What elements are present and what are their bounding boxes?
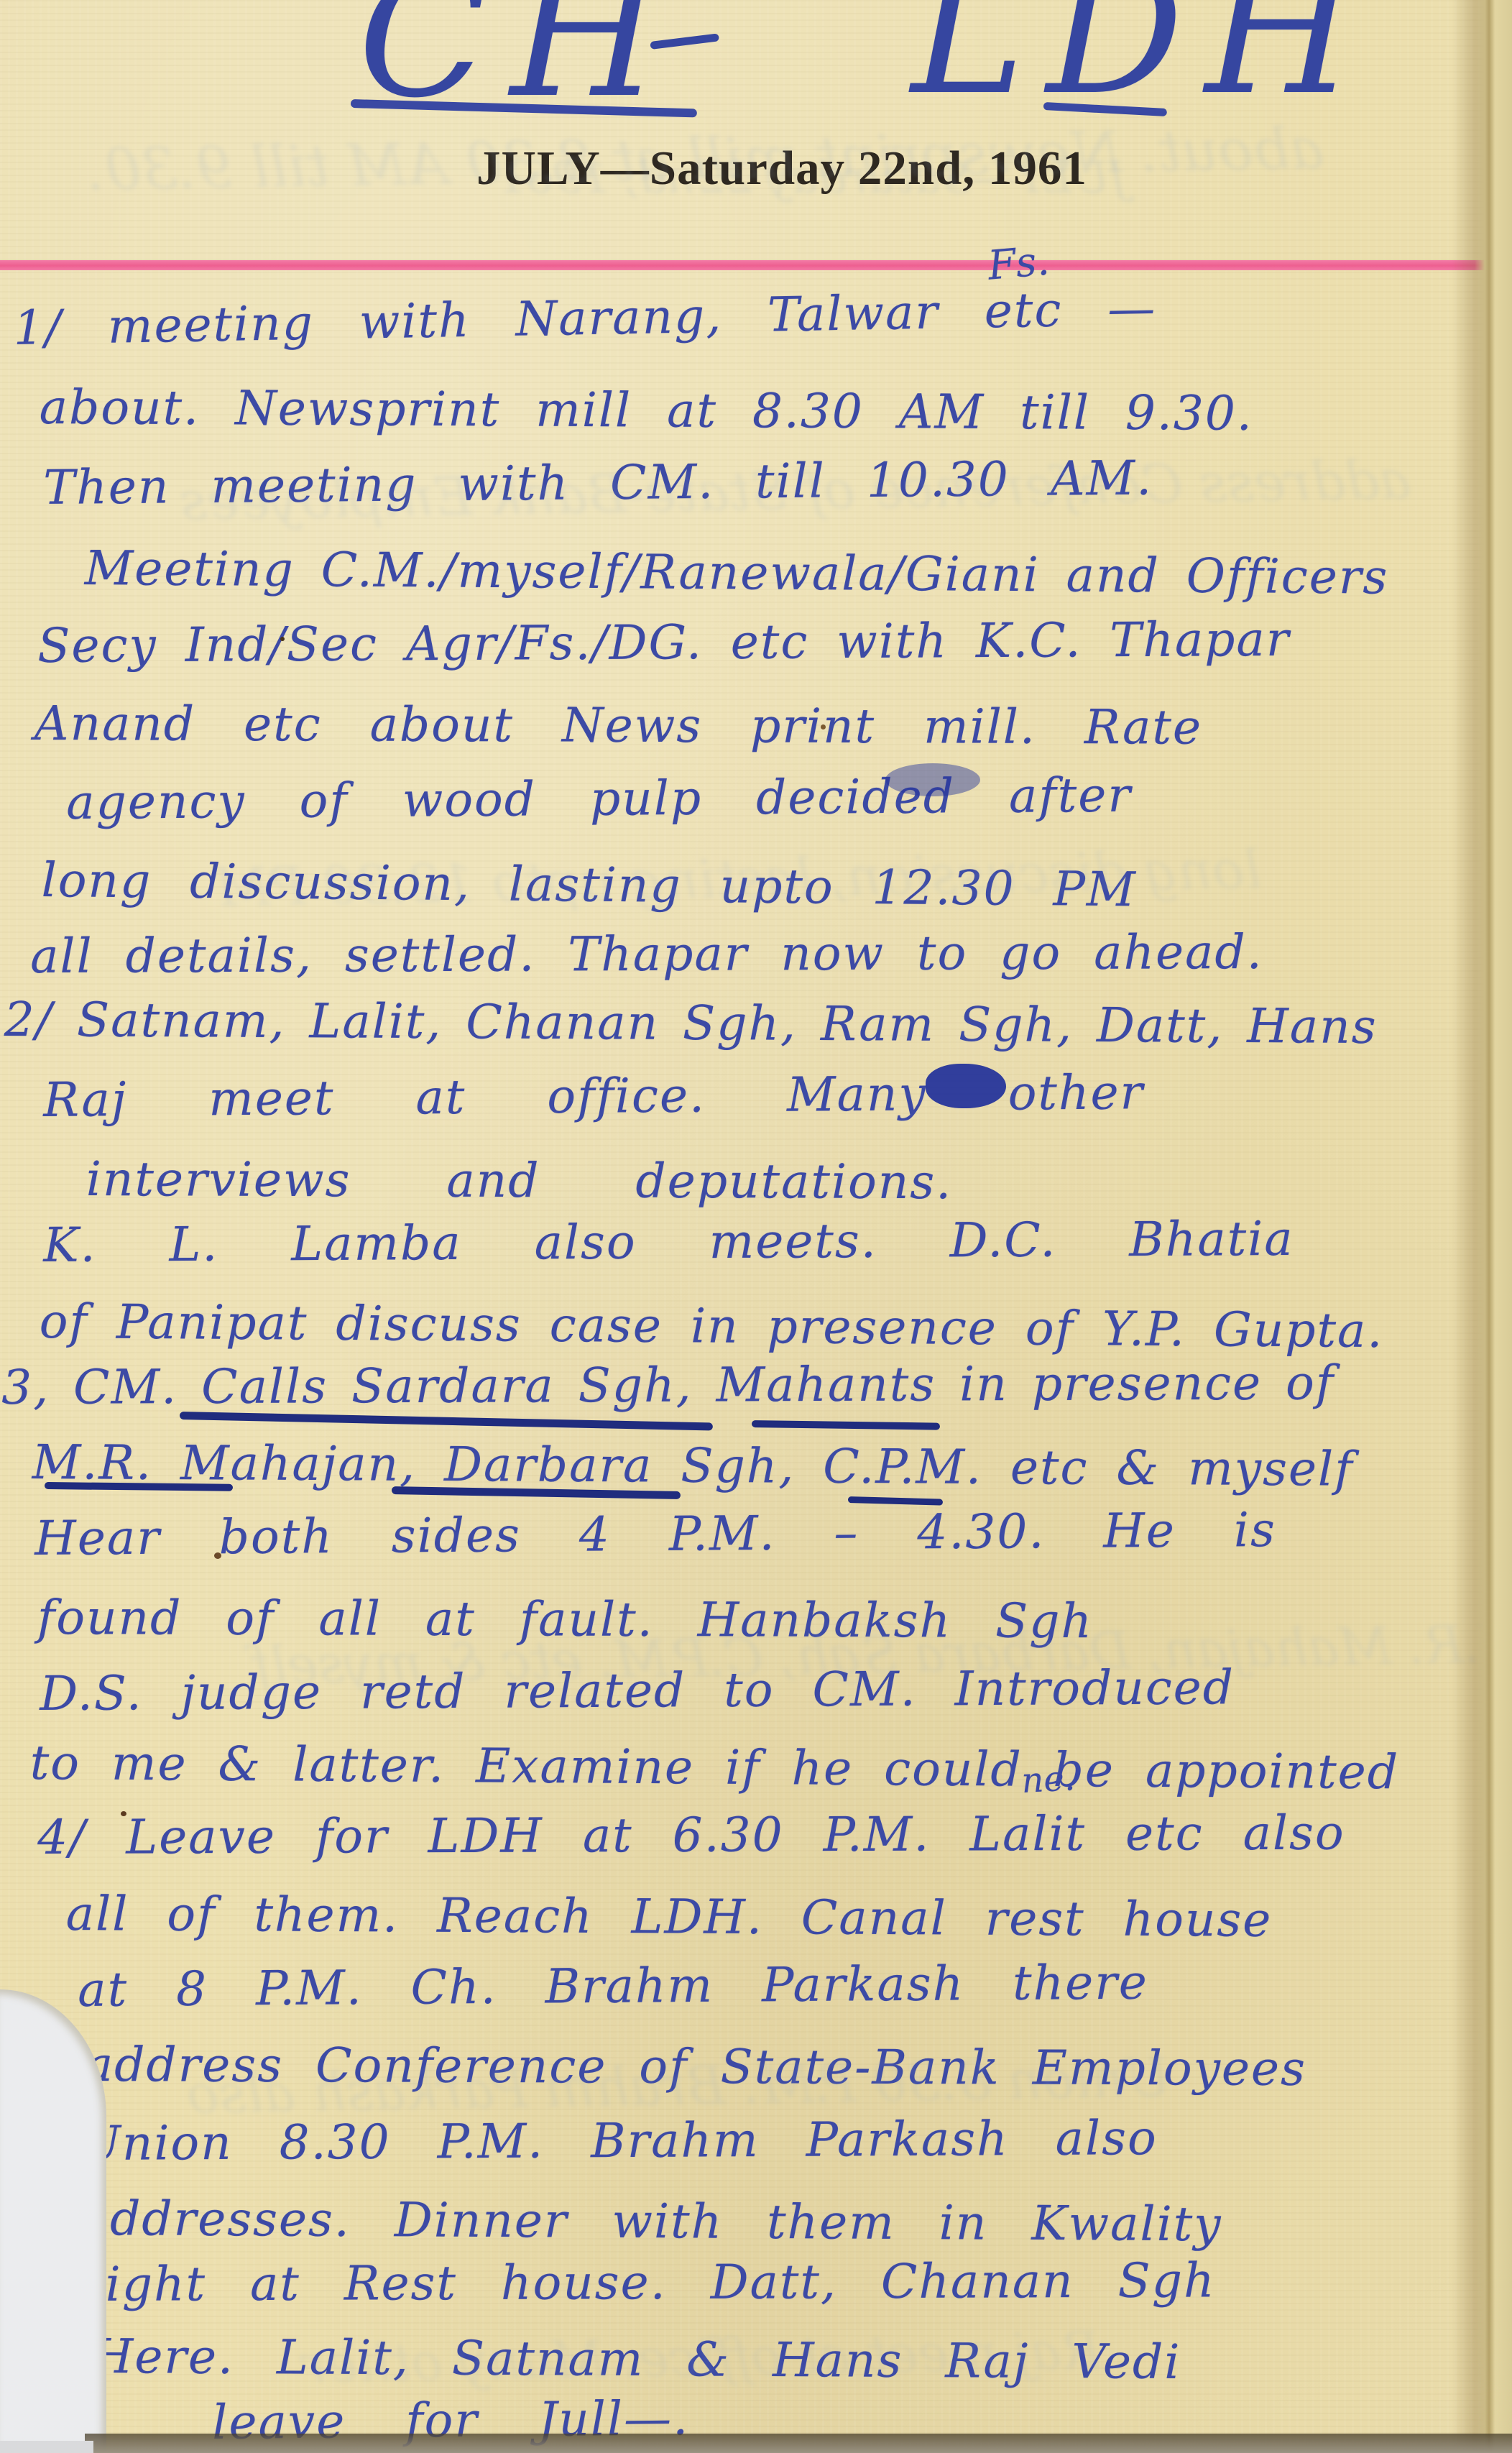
handwriting-line-22: all of them. Reach LDH. Canal rest house	[66, 1886, 1273, 1948]
handwriting-line-5: Secy Ind/Sec Agr/Fs./DG. etc with K.C. T…	[37, 612, 1291, 673]
torn-corner	[0, 1989, 106, 2453]
handwriting-line-3: Then meeting with CM. till 10.30 AM.	[43, 451, 1153, 515]
ink-underline-sardara	[180, 1412, 713, 1431]
superscript-ne: ne.	[1020, 1758, 1076, 1801]
handwriting-line-21: 4/ Leave for LDH at 6.30 P.M. Lalit etc …	[37, 1805, 1345, 1865]
paper-speck	[280, 637, 285, 641]
handwriting-line-14: of Panipat discuss case in presence of Y…	[39, 1294, 1383, 1358]
ink-blot-scribble	[926, 1064, 1006, 1108]
superscript-fs: Fs.	[986, 238, 1051, 290]
handwriting-line-20: to me & latter. Examine if he could be a…	[29, 1735, 1399, 1800]
handwriting-line-1: 1/ meeting with Narang, Talwar etc —	[13, 280, 1157, 356]
handwriting-line-23: at 8 P.M. Ch. Brahm Parkash there	[78, 1955, 1148, 2017]
ink-underline-cpm	[848, 1496, 943, 1506]
ink-underline-presence	[752, 1420, 940, 1430]
paper-speck	[214, 1552, 221, 1559]
diary-page: CH LDH JULY—Saturday 22nd, 1961 JULY—Sat…	[0, 0, 1512, 2453]
handwriting-line-15: 3, CM. Calls Sardara Sgh, Mahants in pre…	[1, 1356, 1334, 1415]
handwriting-line-18: found of all at fault. Hanbaksh Sgh	[37, 1590, 1093, 1649]
ink-scribble-word	[885, 763, 980, 796]
handwriting-line-9: all details, settled. Thapar now to go a…	[30, 924, 1263, 984]
handwriting-line-26: addresses. Dinner with them in Kwality	[80, 2191, 1222, 2252]
pink-rule	[0, 260, 1512, 270]
handwriting-line-25: Union 8.30 P.M. Brahm Parkash also	[80, 2110, 1158, 2171]
paper-speck	[821, 724, 826, 730]
handwriting-line-28: Here. Lalit, Satnam & Hans Raj Vedi	[92, 2329, 1181, 2390]
handwriting-line-2: about. Newsprint mill at 8.30 AM till 9.…	[40, 379, 1253, 441]
handwriting-line-6: Anand etc about News print mill. Rate	[34, 696, 1202, 755]
handwriting-line-10: 2/ Satnam, Lalit, Chanan Sgh, Ram Sgh, D…	[4, 992, 1378, 1054]
handwriting-line-19: D.S. judge retd related to CM. Introduce…	[40, 1660, 1235, 1721]
page-bottom-edge	[85, 2434, 1512, 2453]
handwriting-line-13: K. L. Lamba also meets. D.C. Bhatia	[43, 1211, 1294, 1273]
handwriting-line-24: address Conference of State-Bank Employe…	[85, 2037, 1306, 2097]
printed-date-header: JULY—Saturday 22nd, 1961	[476, 141, 1087, 196]
paper-speck	[121, 1811, 126, 1816]
handwriting-line-8: long discussion, lasting upto 12.30 PM	[41, 852, 1137, 917]
handwriting-line-27: night at Rest house. Datt, Chanan Sgh	[73, 2252, 1216, 2312]
page-right-edge	[1452, 0, 1512, 2453]
handwriting-line-12: interviews and deputations.	[86, 1151, 953, 1210]
handwriting-line-4: Meeting C.M./myself/Ranewala/Giani and O…	[84, 540, 1388, 605]
scan-background	[0, 2441, 93, 2453]
